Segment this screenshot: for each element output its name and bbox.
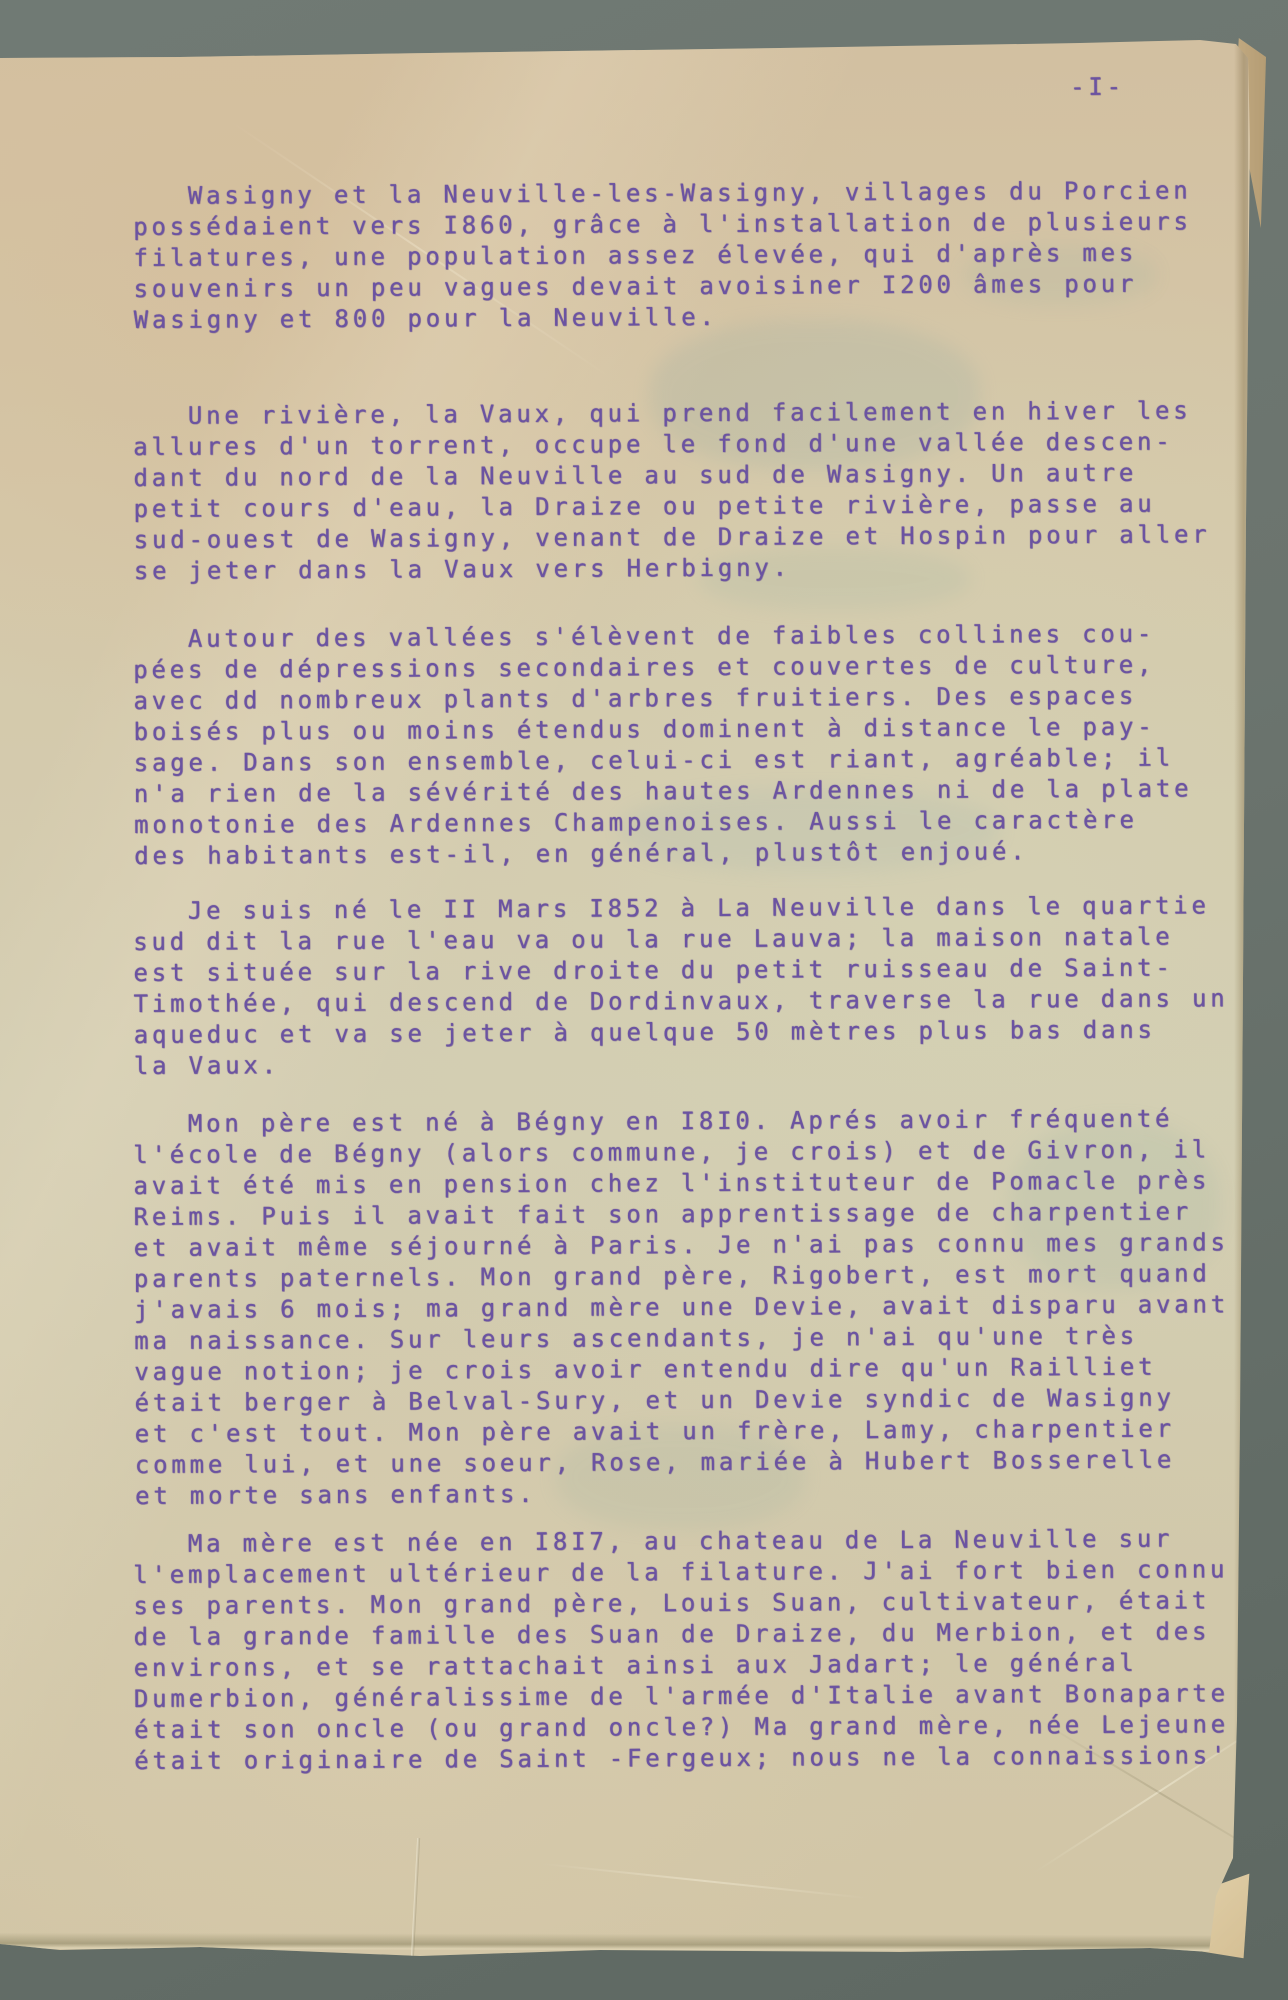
typed-paragraph: Une rivière, la Vaux, qui prend facileme… — [133, 395, 1211, 587]
page-number: -I- — [1070, 72, 1125, 103]
typed-paragraph: Mon père est né à Bégny en I8I0. Aprés a… — [133, 1103, 1230, 1512]
document-page: -I- Wasigny et la Neuville-les-Wasigny, … — [0, 0, 1288, 2000]
typed-paragraph: Wasigny et la Neuville-les-Wasigny, vill… — [133, 175, 1192, 336]
typed-paragraph: Ma mère est née en I8I7, au chateau de L… — [133, 1523, 1229, 1777]
crease-line — [541, 1863, 869, 1899]
typed-paragraph: Je suis né le II Mars I852 à La Neuville… — [133, 890, 1229, 1082]
typed-paragraph: Autour des vallées s'élèvent de faibles … — [133, 618, 1193, 872]
